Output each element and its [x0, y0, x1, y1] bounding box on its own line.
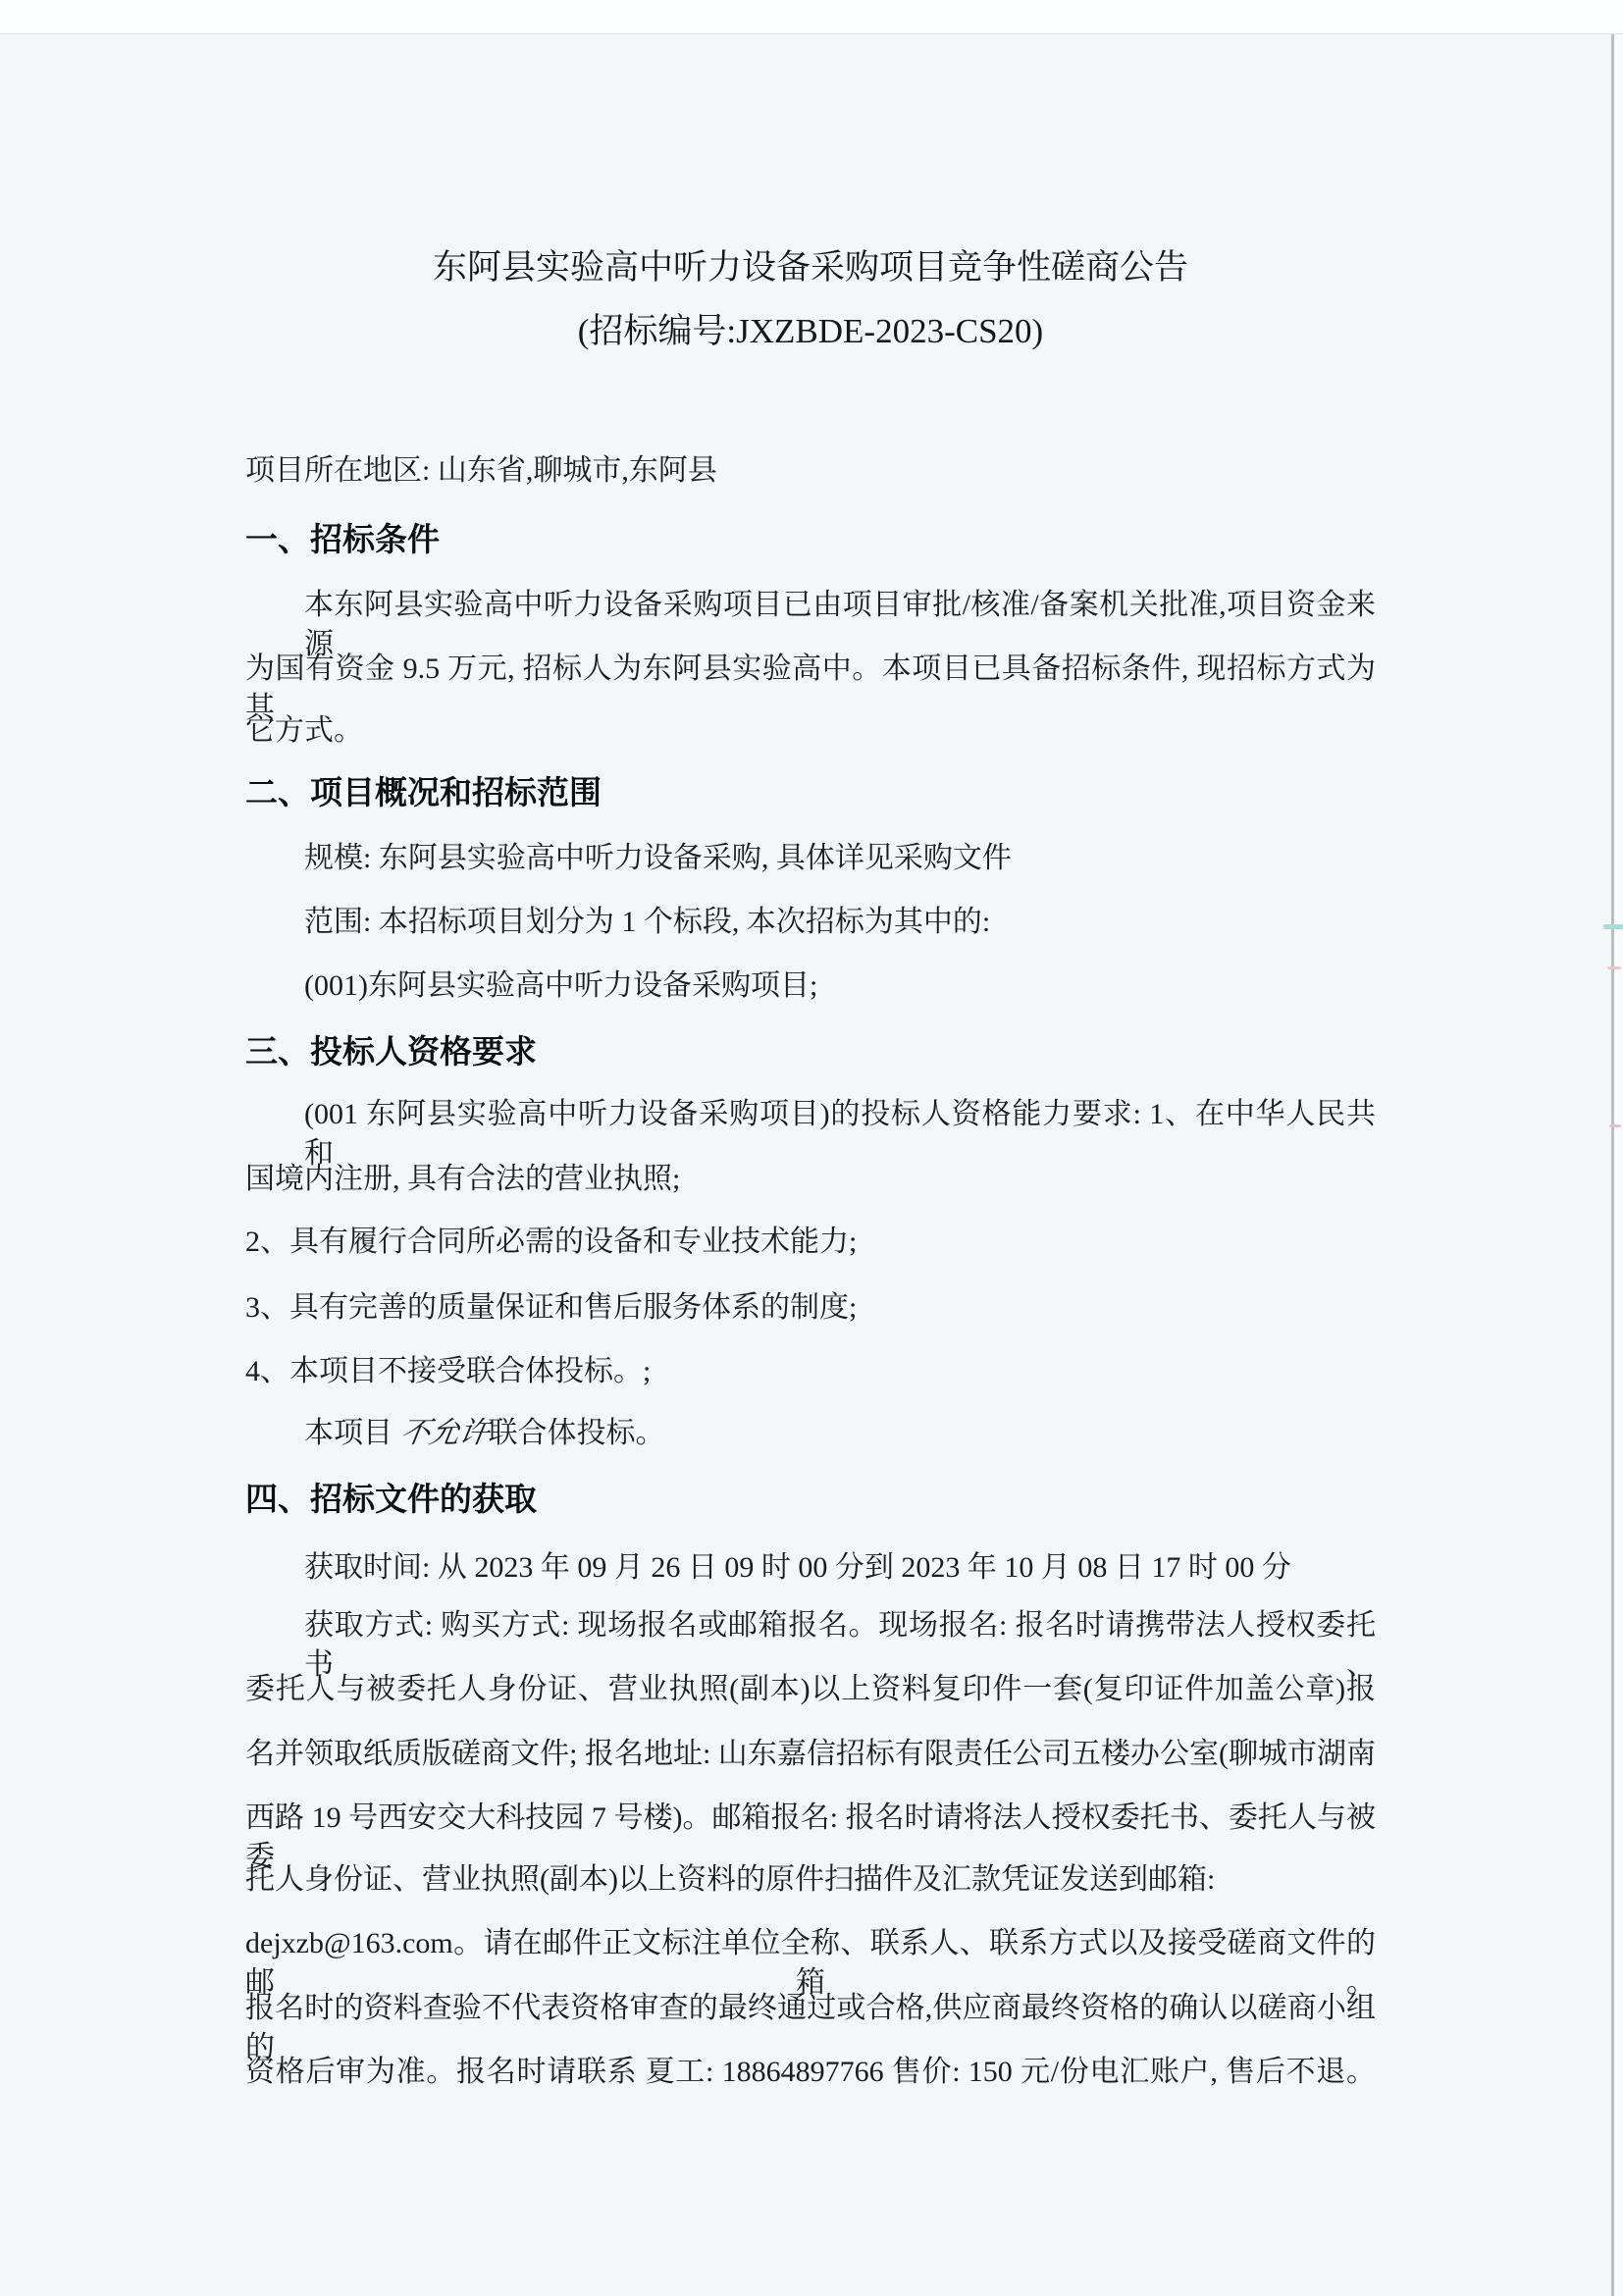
tender-number: (招标编号:JXZBDE-2023-CS20)	[245, 309, 1376, 354]
note-prefix: 本项目	[304, 1417, 400, 1449]
section-4-heading: 四、招标文件的获取	[245, 1478, 1376, 1521]
section-4-method-line-3: 名并领取纸质版磋商文件; 报名地址: 山东嘉信招标有限责任公司五楼办公室(聊城市…	[245, 1735, 1376, 1774]
section-3-note-line: 本项目 不允许联合体投标。	[304, 1414, 1376, 1453]
section-2-scope-line: 范围: 本招标项目划分为 1 个标段, 本次招标为其中的:	[304, 903, 1376, 942]
section-1-heading: 一、招标条件	[245, 518, 1376, 561]
section-2-scale-line: 规模: 东阿县实验高中听力设备采购, 具体详见采购文件	[304, 839, 1376, 878]
scan-artifact-pink-mark-2	[1609, 1124, 1621, 1127]
section-3-heading: 三、投标人资格要求	[245, 1030, 1376, 1073]
scan-artifact-teal-mark	[1603, 924, 1623, 929]
section-4-method-line-8: 资格后审为准。报名时请联系 夏工: 18864897766 售价: 150 元/…	[245, 2053, 1376, 2092]
section-4-method-line-4: 西路 19 号西安交大科技园 7 号楼)。邮箱报名: 报名时请将法人授权委托书、…	[245, 1799, 1376, 1838]
scan-artifact-pink-mark	[1607, 966, 1621, 969]
section-3-item-2: 2、具有履行合同所必需的设备和专业技术能力;	[245, 1223, 1376, 1262]
scanned-document-page: 东阿县实验高中听力设备采购项目竞争性磋商公告 (招标编号:JXZBDE-2023…	[0, 0, 1623, 2296]
section-4-method-line-5: 托人身份证、营业执照(副本)以上资料的原件扫描件及汇款凭证发送到邮箱:	[245, 1860, 1376, 1900]
scan-right-edge-line	[1611, 34, 1614, 2296]
section-1-line-3: 它方式。	[245, 711, 1376, 751]
section-4-method-line-7: 报名时的资料查验不代表资格审查的最终通过或合格,供应商最终资格的确认以磋商小组的	[245, 1989, 1376, 2028]
section-4-method-line-1: 获取方式: 购买方式: 现场报名或邮箱报名。现场报名: 报名时请携带法人授权委托…	[304, 1606, 1376, 1645]
section-2-heading: 二、项目概况和招标范围	[245, 771, 1376, 814]
section-3-line-1: (001 东阿县实验高中听力设备采购项目)的投标人资格能力要求: 1、在中华人民…	[304, 1095, 1376, 1134]
section-3-item-4: 4、本项目不接受联合体投标。;	[245, 1352, 1376, 1391]
scan-top-margin	[0, 0, 1623, 34]
section-4-time-line: 获取时间: 从 2023 年 09 月 26 日 09 时 00 分到 2023…	[304, 1548, 1376, 1588]
note-italic-text: 不允许	[396, 1414, 491, 1453]
scan-right-edge-shade	[1614, 34, 1623, 2296]
section-1-line-1: 本东阿县实验高中听力设备采购项目已由项目审批/核准/备案机关批准,项目资金来源	[304, 586, 1376, 625]
document-title: 东阿县实验高中听力设备采购项目竞争性磋商公告	[245, 245, 1376, 290]
note-suffix: 联合体投标。	[489, 1417, 665, 1449]
project-location-line: 项目所在地区: 山东省,聊城市,东阿县	[245, 451, 1376, 491]
section-1-line-2: 为国有资金 9.5 万元, 招标人为东阿县实验高中。本项目已具备招标条件, 现招…	[245, 650, 1376, 689]
section-3-item-3: 3、具有完善的质量保证和售后服务体系的制度;	[245, 1288, 1376, 1328]
section-4-method-line-6: dejxzb@163.com。请在邮件正文标注单位全称、联系人、联系方式以及接受…	[245, 1924, 1376, 1963]
section-3-line-2: 国境内注册, 具有合法的营业执照;	[245, 1160, 1376, 1199]
section-2-lot-line: (001)东阿县实验高中听力设备采购项目;	[304, 966, 1376, 1006]
section-4-method-line-2: 委托人与被委托人身份证、营业执照(副本)以上资料复印件一套(复印证件加盖公章)报	[245, 1670, 1376, 1709]
